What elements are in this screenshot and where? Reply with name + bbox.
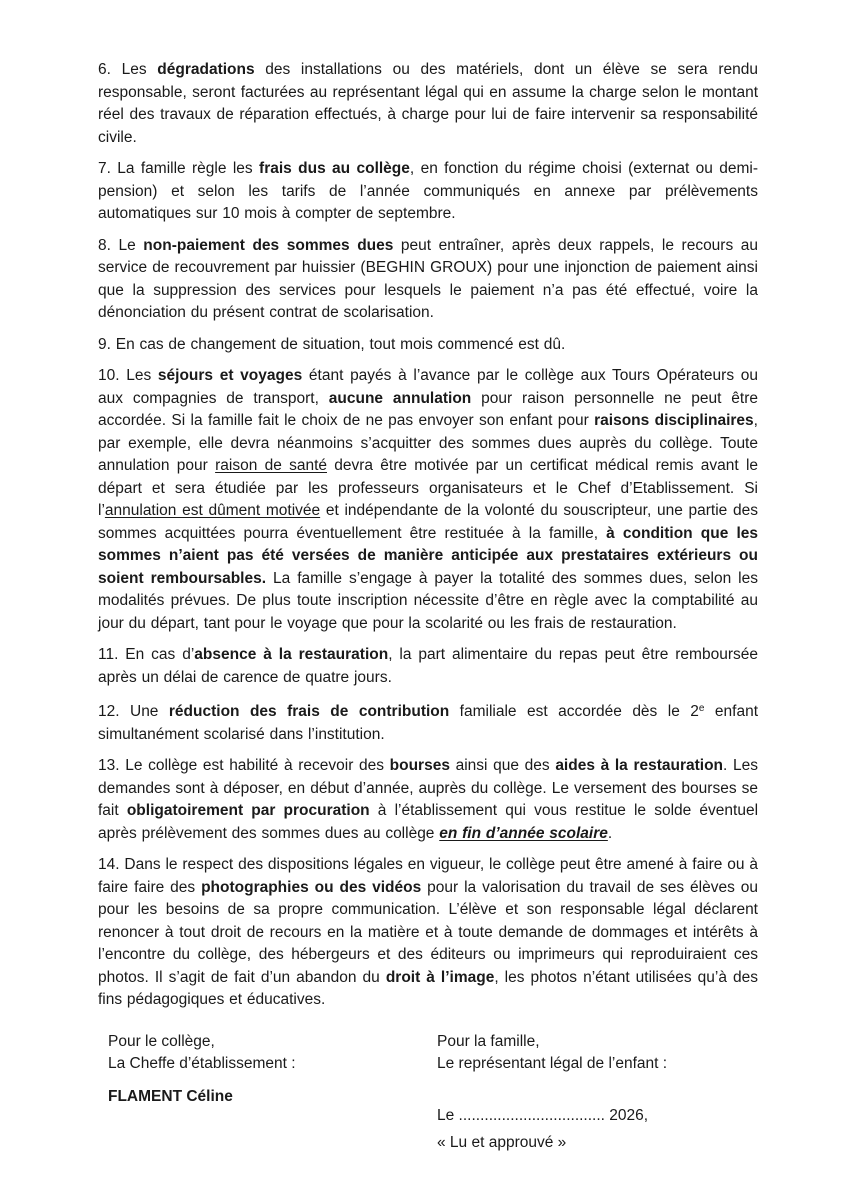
clause-paragraph: 9. En cas de changement de situation, to… bbox=[98, 334, 758, 357]
text-run: 10. Les bbox=[98, 367, 158, 384]
signature-college-column: Pour le collège, La Cheffe d’établisseme… bbox=[108, 1031, 437, 1154]
text-run: réduction des frais de contribution bbox=[169, 703, 449, 720]
text-run: 11. En cas d’ bbox=[98, 646, 194, 663]
clause-paragraph: 13. Le collège est habilité à recevoir d… bbox=[98, 755, 758, 845]
signature-college-role-line1: Pour le collège, bbox=[108, 1031, 437, 1053]
signature-family-role-line1: Pour la famille, bbox=[437, 1031, 758, 1053]
text-run: droit à l’image bbox=[386, 969, 495, 986]
signature-family-role-line2: Le représentant légal de l’enfant : bbox=[437, 1053, 758, 1075]
text-run: raisons disciplinaires bbox=[594, 412, 754, 429]
text-run: bourses bbox=[390, 757, 450, 774]
text-run: annulation est dûment motivée bbox=[105, 502, 320, 519]
text-run: familiale est accordée dès le 2 bbox=[449, 703, 699, 720]
text-run: frais dus au collège bbox=[259, 160, 410, 177]
text-run: séjours et voyages bbox=[158, 367, 302, 384]
text-run: dégradations bbox=[157, 61, 254, 78]
clause-paragraph: 8. Le non-paiement des sommes dues peut … bbox=[98, 235, 758, 325]
text-run: raison de santé bbox=[215, 457, 327, 474]
text-run: en fin d’année scolaire bbox=[439, 825, 608, 842]
text-run: photographies ou des vidéos bbox=[201, 879, 421, 896]
signature-section: Pour le collège, La Cheffe d’établisseme… bbox=[98, 1031, 758, 1154]
text-run: non-paiement des sommes dues bbox=[143, 237, 393, 254]
signature-college-name: FLAMENT Céline bbox=[108, 1086, 437, 1108]
signature-college-role-line2: La Cheffe d’établissement : bbox=[108, 1053, 437, 1075]
clause-paragraph: 11. En cas d’absence à la restauration, … bbox=[98, 644, 758, 689]
signature-approval-text: « Lu et approuvé » bbox=[437, 1132, 758, 1154]
text-run: ainsi que des bbox=[450, 757, 555, 774]
text-run: aides à la restauration bbox=[555, 757, 723, 774]
text-run: 7. La famille règle les bbox=[98, 160, 259, 177]
text-run: 12. Une bbox=[98, 703, 169, 720]
clause-paragraph: 14. Dans le respect des dispositions lég… bbox=[98, 854, 758, 1012]
clause-paragraph: 12. Une réduction des frais de contribut… bbox=[98, 698, 758, 746]
clause-paragraph: 10. Les séjours et voyages étant payés à… bbox=[98, 365, 758, 635]
document-page: 6. Les dégradations des installations ou… bbox=[0, 0, 847, 1200]
clause-paragraph: 7. La famille règle les frais dus au col… bbox=[98, 158, 758, 226]
text-run: 6. Les bbox=[98, 61, 157, 78]
clause-paragraph: 6. Les dégradations des installations ou… bbox=[98, 59, 758, 149]
text-run: 9. En cas de changement de situation, to… bbox=[98, 336, 565, 353]
signature-date-line: Le .................................. 20… bbox=[437, 1105, 758, 1127]
text-run: aucune annulation bbox=[329, 390, 472, 407]
text-run: . bbox=[608, 825, 612, 842]
signature-family-column: Pour la famille, Le représentant légal d… bbox=[437, 1031, 758, 1154]
text-run: obligatoirement par procuration bbox=[127, 802, 370, 819]
text-run: 8. Le bbox=[98, 237, 143, 254]
contract-clauses: 6. Les dégradations des installations ou… bbox=[98, 59, 758, 1012]
text-run: absence à la restauration bbox=[194, 646, 388, 663]
text-run: 13. Le collège est habilité à recevoir d… bbox=[98, 757, 390, 774]
